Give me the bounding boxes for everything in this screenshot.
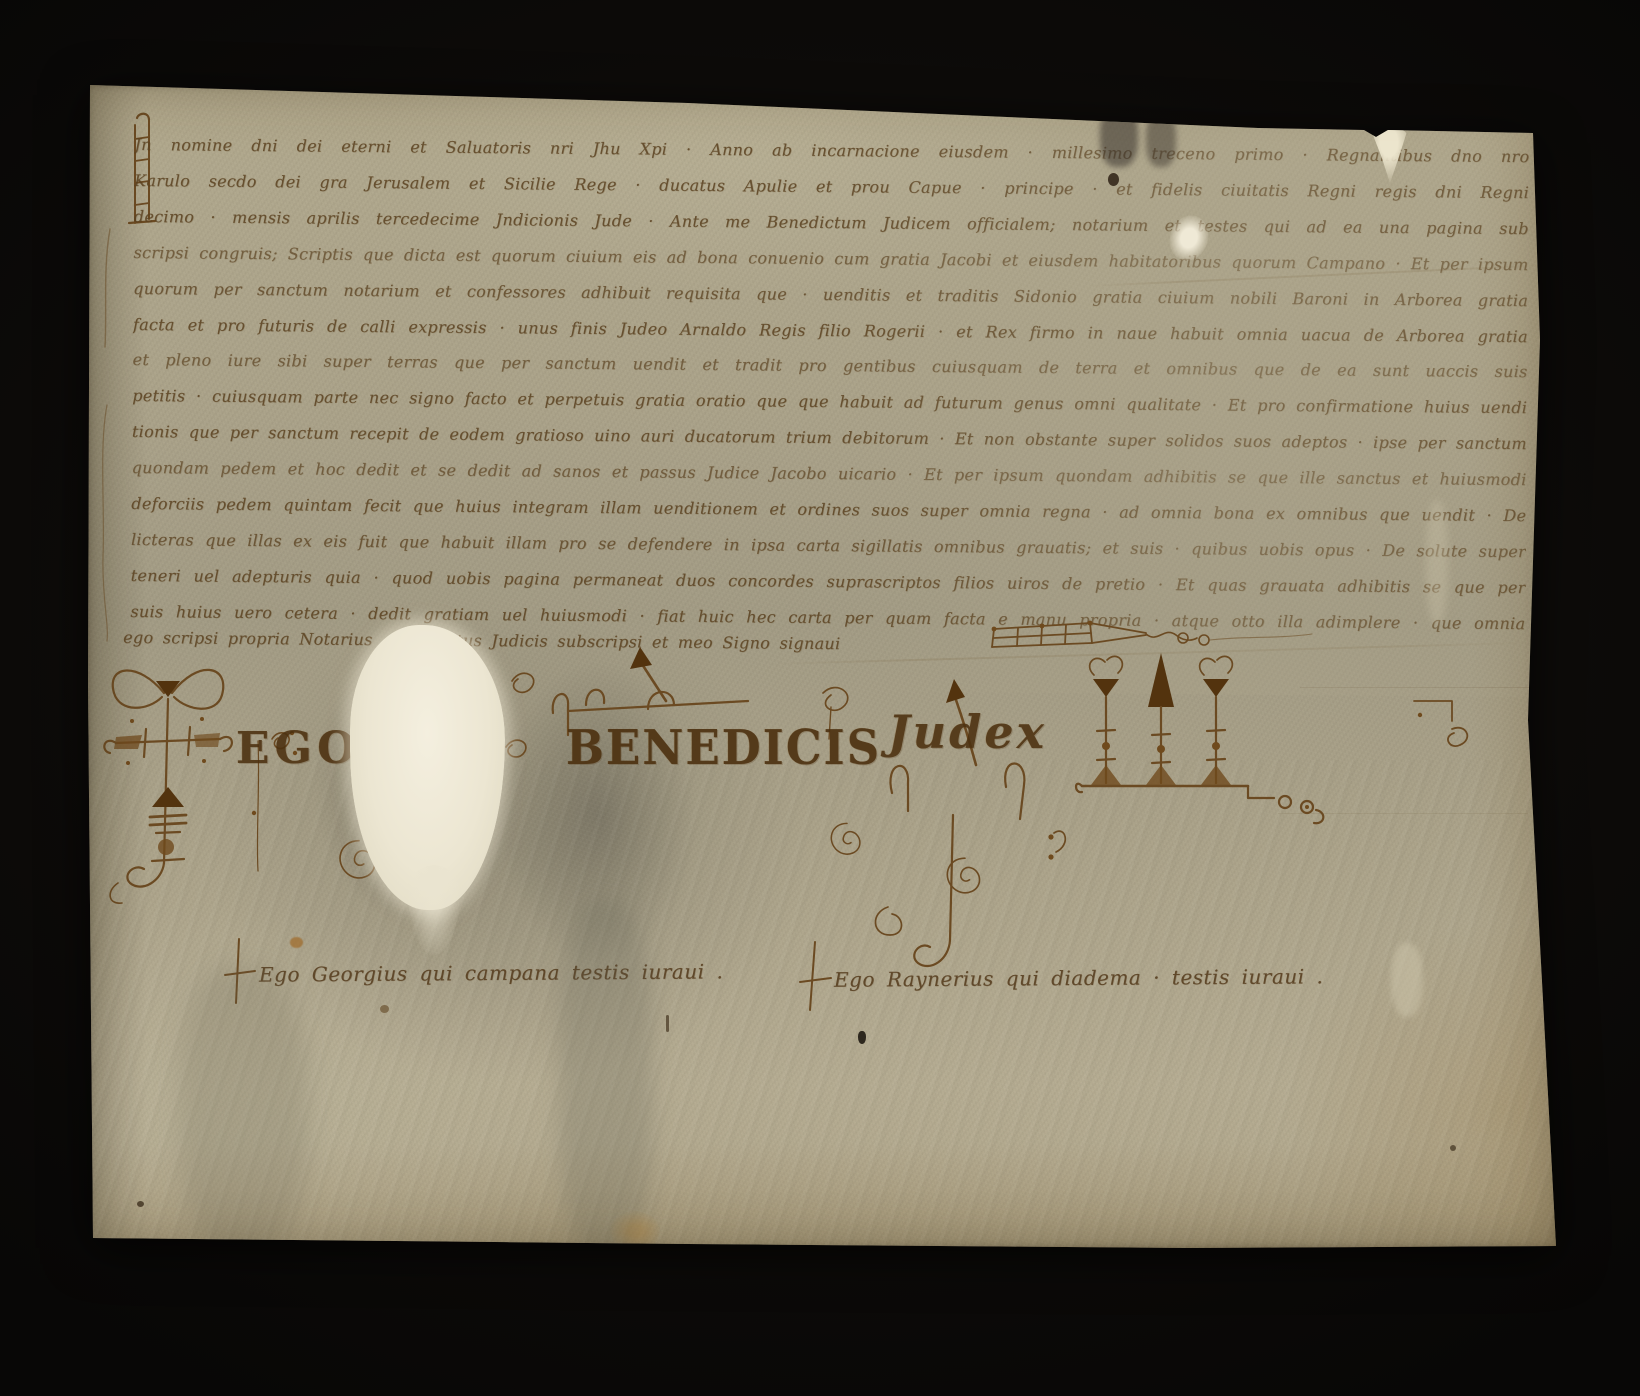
stain-dark-streak [178, 965, 308, 1255]
judex-flourish-icon [858, 645, 1073, 995]
signature-title-judex: Judex [888, 705, 1047, 759]
ego-hairline-flourish-icon [248, 683, 308, 883]
rust-spot [290, 937, 303, 948]
witness-text: Ego Raynerius qui diadema · testis iurau… [834, 964, 1323, 991]
cross-signum-icon [98, 655, 238, 910]
margin-flourish-icon [96, 225, 118, 645]
spiral-flourish-icon [823, 817, 871, 865]
ink-speck [137, 1201, 144, 1207]
charcoal-smudge [1146, 113, 1176, 167]
ink-blot [1108, 173, 1119, 186]
stain-dark-streak [558, 900, 653, 1260]
signature-word-ego: EGO [236, 723, 360, 774]
parchment-wrap: Jn nomine dni dei eterni et Saluatoris n… [0, 0, 1640, 1396]
witness-cross-icon [798, 940, 832, 1012]
signature-name-benedictus: BENEDICIS [566, 719, 881, 775]
ink-speck [858, 1031, 866, 1044]
scuff-light [1426, 500, 1448, 625]
triple-post-signum-icon [1076, 645, 1336, 845]
ink-drip [666, 1015, 669, 1032]
spiral-flourish-icon [938, 851, 992, 905]
archival-photo-page: { "colors": { "background": "#0d0b09", "… [0, 0, 1640, 1396]
charter-text-block: Jn nomine dni dei eterni et Saluatoris n… [130, 85, 1530, 697]
parchment-charter: Jn nomine dni dei eterni et Saluatoris n… [88, 85, 1558, 1248]
witness-text: Ego Georgius qui campana testis iuraui . [259, 959, 723, 986]
scuff-light [1391, 943, 1423, 1017]
charcoal-smudge [1100, 107, 1138, 167]
ink-speck [1450, 1145, 1456, 1151]
stain-spot [380, 1005, 389, 1013]
scroll-bracket-icon [1410, 693, 1474, 757]
